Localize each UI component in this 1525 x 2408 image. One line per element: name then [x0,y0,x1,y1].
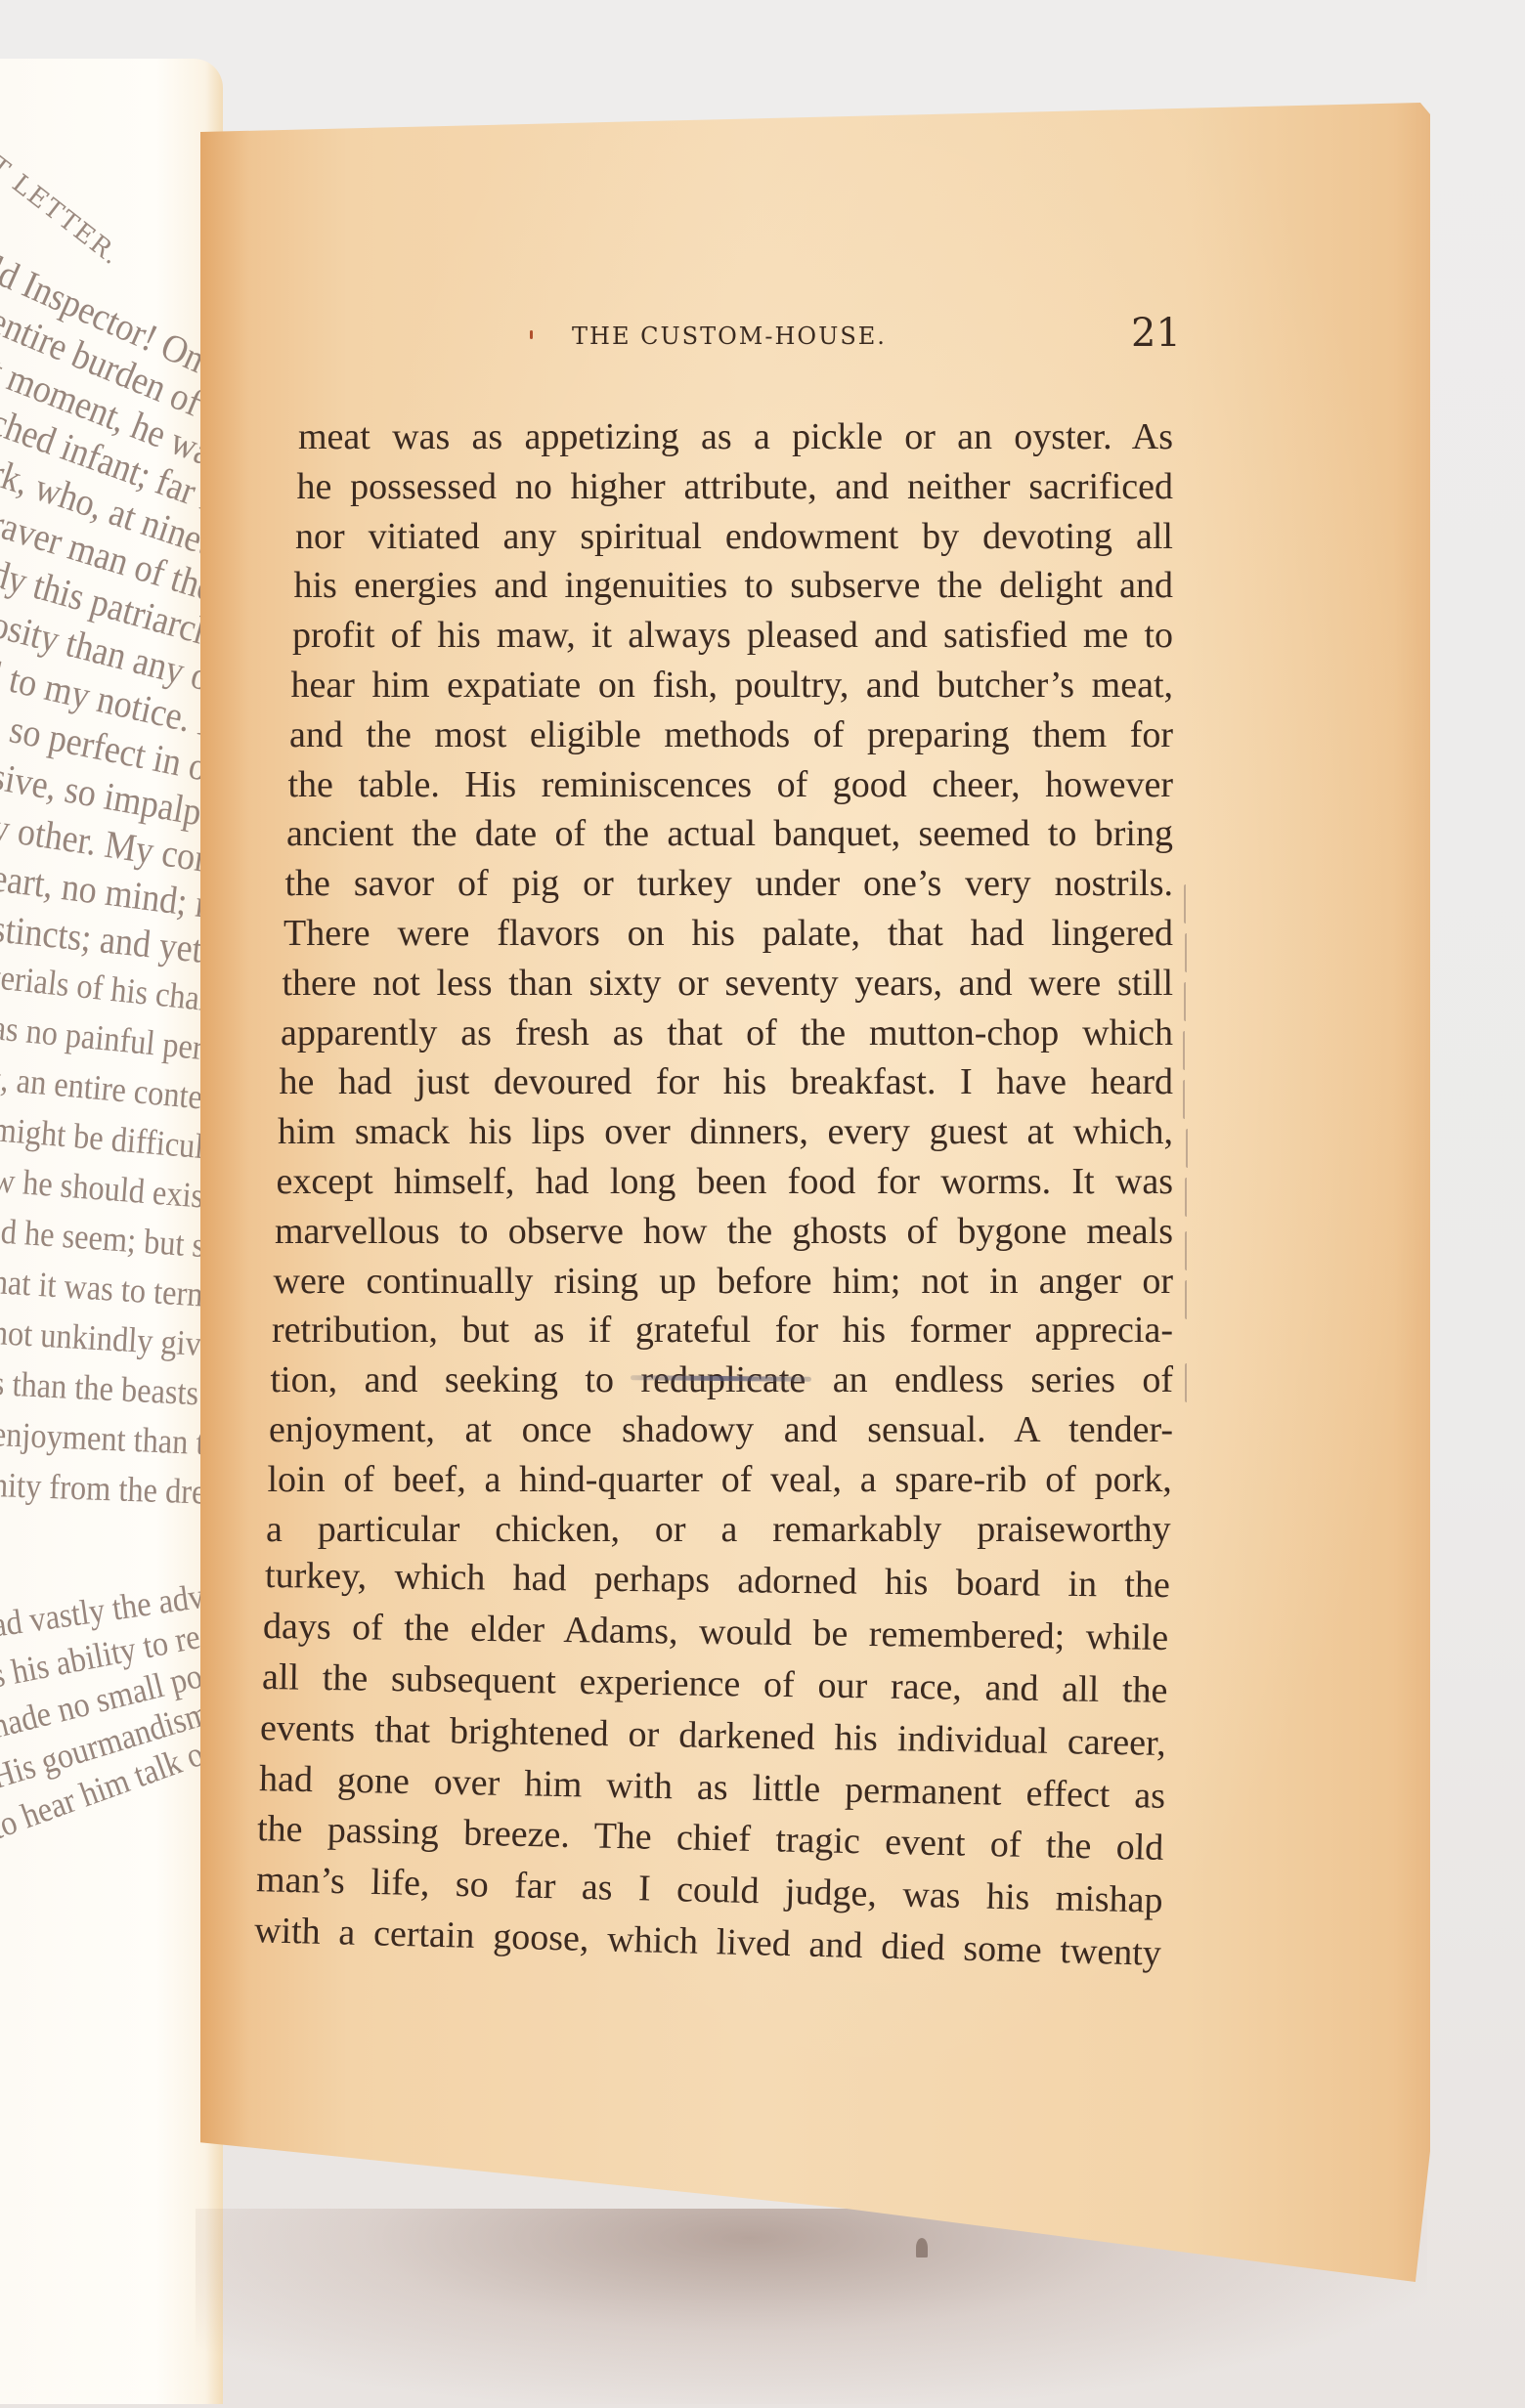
text-line: profit of his maw, it always pleased and… [292,614,1173,657]
pencil-margin-mark [1185,1231,1189,1270]
pencil-margin-mark [1185,933,1189,972]
page-body-text: meat was as appetizing as a pickle or an… [0,0,1525,2408]
pencil-margin-mark [1185,1178,1189,1217]
pencil-margin-mark [1184,982,1188,1021]
text-line: turkey, which had perhaps adorned his bo… [264,1554,1169,1607]
text-line: ancient the date of the actual banquet, … [286,812,1173,855]
pencil-margin-mark [1184,884,1188,924]
text-line: him smack his lips over dinners, every g… [278,1110,1173,1153]
text-line: retribution, but as if grateful for his … [272,1309,1173,1352]
text-line: and the most eligible methods of prepari… [289,713,1173,756]
pencil-margin-mark [1185,1363,1189,1402]
text-line: he possessed no higher attribute, and ne… [297,465,1174,508]
text-line: enjoyment, at once shadowy and sensual. … [269,1408,1173,1451]
text-line: there not less than sixty or seventy yea… [283,962,1174,1005]
pencil-margin-mark [1183,1080,1187,1119]
text-line: apparently as fresh as that of the mutto… [281,1011,1173,1054]
text-line: loin of beef, a hind-quarter of veal, a … [268,1458,1172,1501]
pencil-margin-mark [1183,1031,1187,1070]
pencil-margin-mark [1186,1129,1190,1168]
text-line: were continually rising up before him; n… [274,1260,1174,1303]
text-line: his energies and ingenuities to subserve… [294,564,1174,607]
text-line: had gone over him with as little permane… [258,1757,1165,1818]
pencil-margin-mark [1185,1280,1189,1319]
text-line: hear him expatiate on fish, poultry, and… [291,664,1174,707]
text-line: a particular chicken, or a remarkably pr… [266,1508,1171,1551]
text-line: There were flavors on his palate, that h… [283,912,1173,955]
text-line: the table. His reminiscences of good che… [288,763,1174,806]
text-line: all the subsequent experience of our rac… [261,1655,1167,1712]
text-line: marvellous to observe how the ghosts of … [275,1210,1173,1253]
text-line: he had just devoured for his breakfast. … [280,1060,1174,1103]
text-line: nor vitiated any spiritual endowment by … [295,515,1173,558]
text-line: events that brightened or darkened his i… [260,1706,1166,1765]
text-line: except himself, had long been food for w… [277,1160,1174,1203]
text-line: the savor of pig or turkey under one’s v… [285,862,1174,905]
text-line: days of the elder Adams, would be rememb… [263,1605,1169,1659]
text-line: meat was as appetizing as a pickle or an… [298,415,1173,458]
